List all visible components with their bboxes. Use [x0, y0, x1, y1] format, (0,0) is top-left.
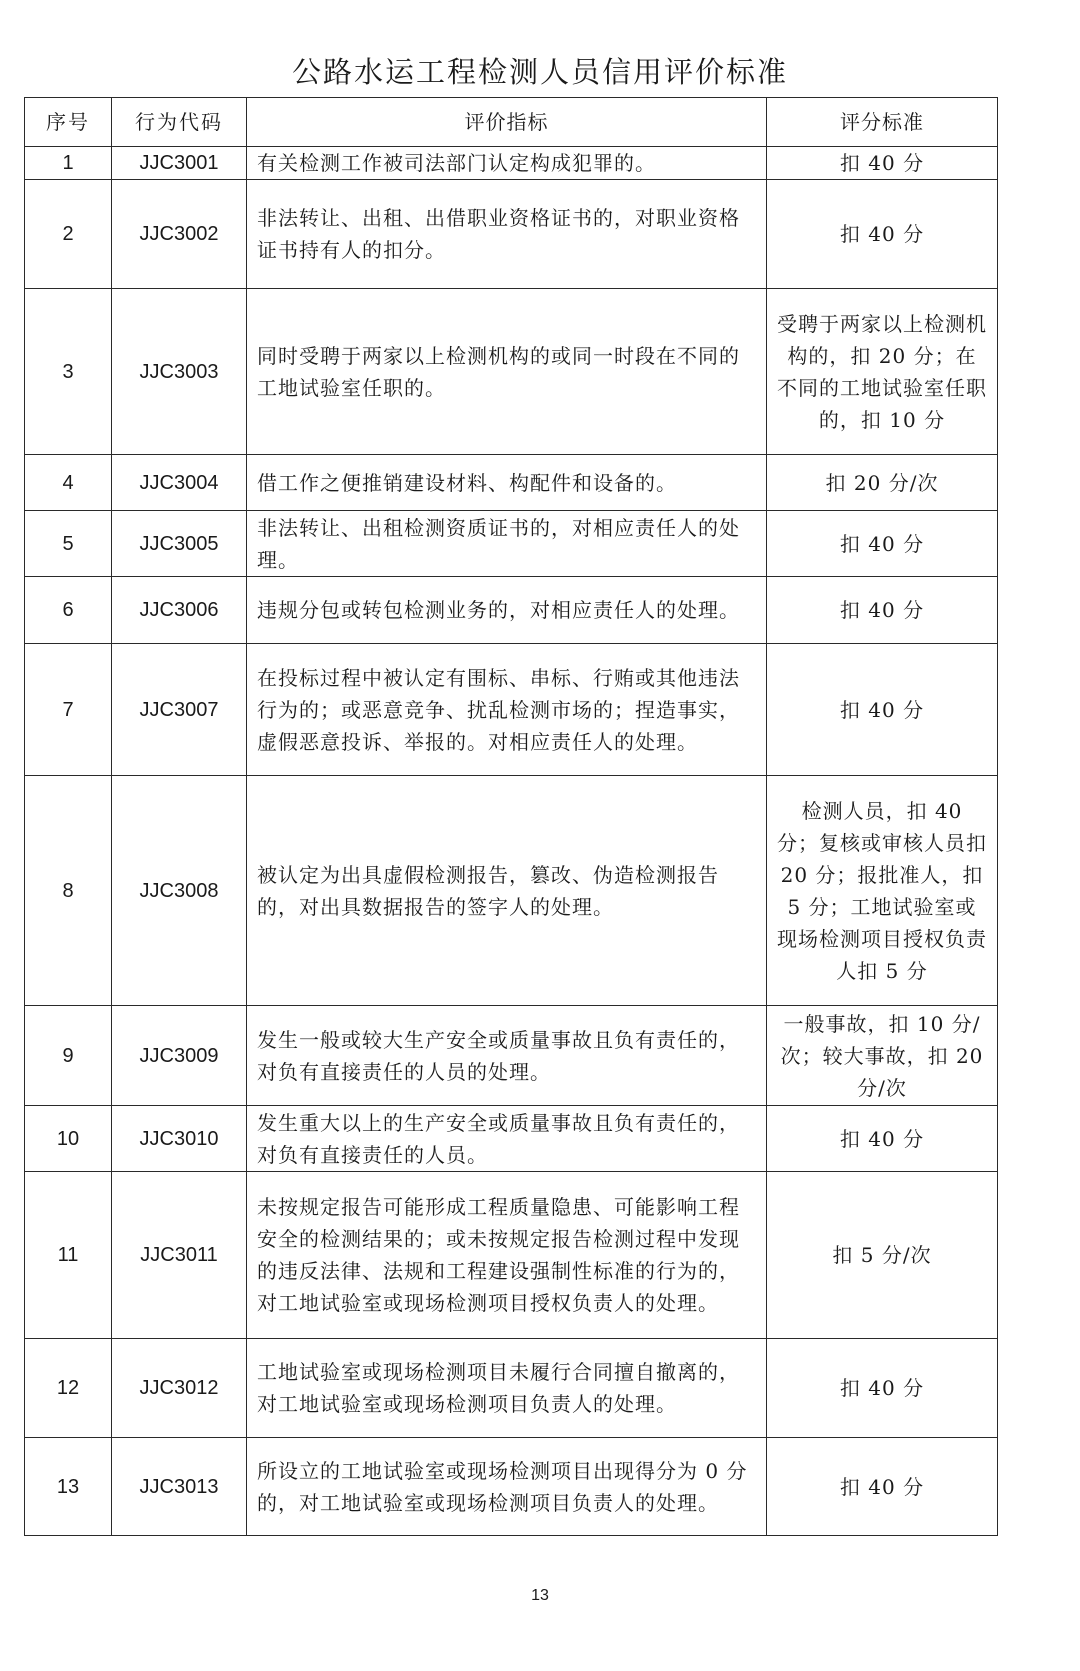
- row-behavior-code: JJC3005: [112, 511, 247, 577]
- table-row: 7JJC3007在投标过程中被认定有围标、串标、行贿或其他违法行为的；或恶意竞争…: [25, 644, 998, 776]
- row-scoring-standard: 扣 40 分: [767, 180, 998, 289]
- row-serial-number: 8: [25, 776, 112, 1006]
- row-scoring-standard: 扣 20 分/次: [767, 455, 998, 511]
- row-serial-number: 10: [25, 1106, 112, 1172]
- table-row: 5JJC3005非法转让、出租检测资质证书的，对相应责任人的处理。扣 40 分: [25, 511, 998, 577]
- row-evaluation-criterion: 发生重大以上的生产安全或质量事故且负有责任的，对负有直接责任的人员。: [247, 1106, 767, 1172]
- row-behavior-code: JJC3006: [112, 577, 247, 644]
- row-serial-number: 13: [25, 1438, 112, 1536]
- row-scoring-standard: 扣 40 分: [767, 577, 998, 644]
- row-serial-number: 9: [25, 1006, 112, 1106]
- row-evaluation-criterion: 借工作之便推销建设材料、构配件和设备的。: [247, 455, 767, 511]
- table-row: 3JJC3003同时受聘于两家以上检测机构的或同一时段在不同的工地试验室任职的。…: [25, 289, 998, 455]
- row-evaluation-criterion: 有关检测工作被司法部门认定构成犯罪的。: [247, 147, 767, 180]
- row-behavior-code: JJC3009: [112, 1006, 247, 1106]
- row-evaluation-criterion: 在投标过程中被认定有围标、串标、行贿或其他违法行为的；或恶意竞争、扰乱检测市场的…: [247, 644, 767, 776]
- row-scoring-standard: 扣 40 分: [767, 1106, 998, 1172]
- table-row: 1JJC3001有关检测工作被司法部门认定构成犯罪的。扣 40 分: [25, 147, 998, 180]
- table-row: 12JJC3012工地试验室或现场检测项目未履行合同擅自撤离的，对工地试验室或现…: [25, 1339, 998, 1438]
- table-row: 2JJC3002非法转让、出租、出借职业资格证书的，对职业资格证书持有人的扣分。…: [25, 180, 998, 289]
- row-serial-number: 6: [25, 577, 112, 644]
- table-row: 4JJC3004借工作之便推销建设材料、构配件和设备的。扣 20 分/次: [25, 455, 998, 511]
- row-serial-number: 2: [25, 180, 112, 289]
- row-serial-number: 4: [25, 455, 112, 511]
- row-evaluation-criterion: 非法转让、出租、出借职业资格证书的，对职业资格证书持有人的扣分。: [247, 180, 767, 289]
- table-row: 11JJC3011未按规定报告可能形成工程质量隐患、可能影响工程安全的检测结果的…: [25, 1172, 998, 1339]
- row-evaluation-criterion: 发生一般或较大生产安全或质量事故且负有责任的，对负有直接责任的人员的处理。: [247, 1006, 767, 1106]
- row-scoring-standard: 一般事故，扣 10 分/次；较大事故，扣 20 分/次: [767, 1006, 998, 1106]
- header-serial-number: 序号: [25, 98, 112, 147]
- row-behavior-code: JJC3001: [112, 147, 247, 180]
- row-behavior-code: JJC3003: [112, 289, 247, 455]
- table-header-row: 序号 行为代码 评价指标 评分标准: [25, 98, 998, 147]
- row-behavior-code: JJC3011: [112, 1172, 247, 1339]
- row-scoring-standard: 扣 40 分: [767, 644, 998, 776]
- row-serial-number: 12: [25, 1339, 112, 1438]
- row-behavior-code: JJC3013: [112, 1438, 247, 1536]
- row-scoring-standard: 扣 5 分/次: [767, 1172, 998, 1339]
- row-behavior-code: JJC3012: [112, 1339, 247, 1438]
- row-evaluation-criterion: 同时受聘于两家以上检测机构的或同一时段在不同的工地试验室任职的。: [247, 289, 767, 455]
- row-evaluation-criterion: 未按规定报告可能形成工程质量隐患、可能影响工程安全的检测结果的；或未按规定报告检…: [247, 1172, 767, 1339]
- row-behavior-code: JJC3007: [112, 644, 247, 776]
- header-evaluation-criterion: 评价指标: [247, 98, 767, 147]
- row-behavior-code: JJC3004: [112, 455, 247, 511]
- row-evaluation-criterion: 所设立的工地试验室或现场检测项目出现得分为 0 分的，对工地试验室或现场检测项目…: [247, 1438, 767, 1536]
- row-serial-number: 11: [25, 1172, 112, 1339]
- row-evaluation-criterion: 工地试验室或现场检测项目未履行合同擅自撤离的，对工地试验室或现场检测项目负责人的…: [247, 1339, 767, 1438]
- table-row: 6JJC3006违规分包或转包检测业务的，对相应责任人的处理。扣 40 分: [25, 577, 998, 644]
- header-scoring-standard: 评分标准: [767, 98, 998, 147]
- row-scoring-standard: 扣 40 分: [767, 1438, 998, 1536]
- row-serial-number: 5: [25, 511, 112, 577]
- row-behavior-code: JJC3010: [112, 1106, 247, 1172]
- document-title: 公路水运工程检测人员信用评价标准: [0, 50, 1080, 91]
- row-evaluation-criterion: 被认定为出具虚假检测报告，篡改、伪造检测报告的，对出具数据报告的签字人的处理。: [247, 776, 767, 1006]
- table-row: 9JJC3009发生一般或较大生产安全或质量事故且负有责任的，对负有直接责任的人…: [25, 1006, 998, 1106]
- header-behavior-code: 行为代码: [112, 98, 247, 147]
- row-evaluation-criterion: 违规分包或转包检测业务的，对相应责任人的处理。: [247, 577, 767, 644]
- row-behavior-code: JJC3002: [112, 180, 247, 289]
- row-behavior-code: JJC3008: [112, 776, 247, 1006]
- page-number: 13: [0, 1587, 1080, 1605]
- row-serial-number: 7: [25, 644, 112, 776]
- row-scoring-standard: 受聘于两家以上检测机构的，扣 20 分；在不同的工地试验室任职的，扣 10 分: [767, 289, 998, 455]
- row-evaluation-criterion: 非法转让、出租检测资质证书的，对相应责任人的处理。: [247, 511, 767, 577]
- credit-evaluation-table: 序号 行为代码 评价指标 评分标准 1JJC3001有关检测工作被司法部门认定构…: [24, 97, 998, 1536]
- row-serial-number: 3: [25, 289, 112, 455]
- table-row: 10JJC3010发生重大以上的生产安全或质量事故且负有责任的，对负有直接责任的…: [25, 1106, 998, 1172]
- table-row: 8JJC3008被认定为出具虚假检测报告，篡改、伪造检测报告的，对出具数据报告的…: [25, 776, 998, 1006]
- row-scoring-standard: 扣 40 分: [767, 1339, 998, 1438]
- row-scoring-standard: 扣 40 分: [767, 511, 998, 577]
- table-row: 13JJC3013所设立的工地试验室或现场检测项目出现得分为 0 分的，对工地试…: [25, 1438, 998, 1536]
- row-scoring-standard: 扣 40 分: [767, 147, 998, 180]
- row-scoring-standard: 检测人员，扣 40 分；复核或审核人员扣 20 分；报批准人，扣 5 分；工地试…: [767, 776, 998, 1006]
- row-serial-number: 1: [25, 147, 112, 180]
